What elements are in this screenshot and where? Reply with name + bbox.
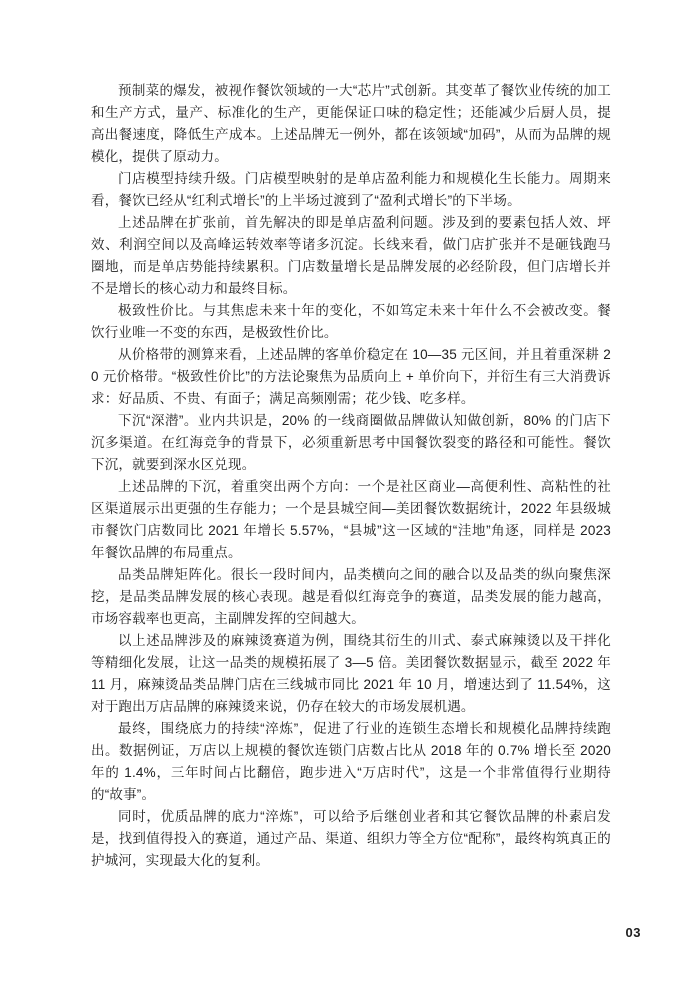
paragraph: 下沉“深潜”。业内共识是，20% 的一线商圈做品牌做认知做创新，80% 的门店下… bbox=[91, 410, 611, 476]
paragraph: 上述品牌的下沉，着重突出两个方向：一个是社区商业—高便利性、高粘性的社区渠道展示… bbox=[91, 476, 611, 564]
paragraph: 上述品牌在扩张前，首先解决的即是单店盈利问题。涉及到的要素包括人效、坪效、利润空… bbox=[91, 212, 611, 300]
paragraph: 最终，围绕底力的持续“淬炼”，促进了行业的连锁生态增长和规模化品牌持续跑出。数据… bbox=[91, 718, 611, 806]
page-number: 03 bbox=[626, 925, 641, 940]
document-page: 预制菜的爆发，被视作餐饮领域的一大“芯片”式创新。其变革了餐饮业传统的加工和生产… bbox=[0, 0, 698, 982]
paragraph: 从价格带的测算来看，上述品牌的客单价稳定在 10—35 元区间，并且着重深耕 2… bbox=[91, 344, 611, 410]
paragraph: 以上述品牌涉及的麻辣烫赛道为例，围绕其衍生的川式、泰式麻辣烫以及干拌化等精细化发… bbox=[91, 630, 611, 718]
paragraph: 同时，优质品牌的底力“淬炼”，可以给予后继创业者和其它餐饮品牌的朴素启发是，找到… bbox=[91, 806, 611, 872]
paragraph: 极致性价比。与其焦虑未来十年的变化，不如笃定未来十年什么不会被改变。餐饮行业唯一… bbox=[91, 300, 611, 344]
text-column: 预制菜的爆发，被视作餐饮领域的一大“芯片”式创新。其变革了餐饮业传统的加工和生产… bbox=[91, 80, 611, 872]
paragraph: 门店模型持续升级。门店模型映射的是单店盈利能力和规模化生长能力。周期来看，餐饮已… bbox=[91, 168, 611, 212]
paragraph: 预制菜的爆发，被视作餐饮领域的一大“芯片”式创新。其变革了餐饮业传统的加工和生产… bbox=[91, 80, 611, 168]
paragraph: 品类品牌矩阵化。很长一段时间内，品类横向之间的融合以及品类的纵向聚焦深挖，是品类… bbox=[91, 564, 611, 630]
